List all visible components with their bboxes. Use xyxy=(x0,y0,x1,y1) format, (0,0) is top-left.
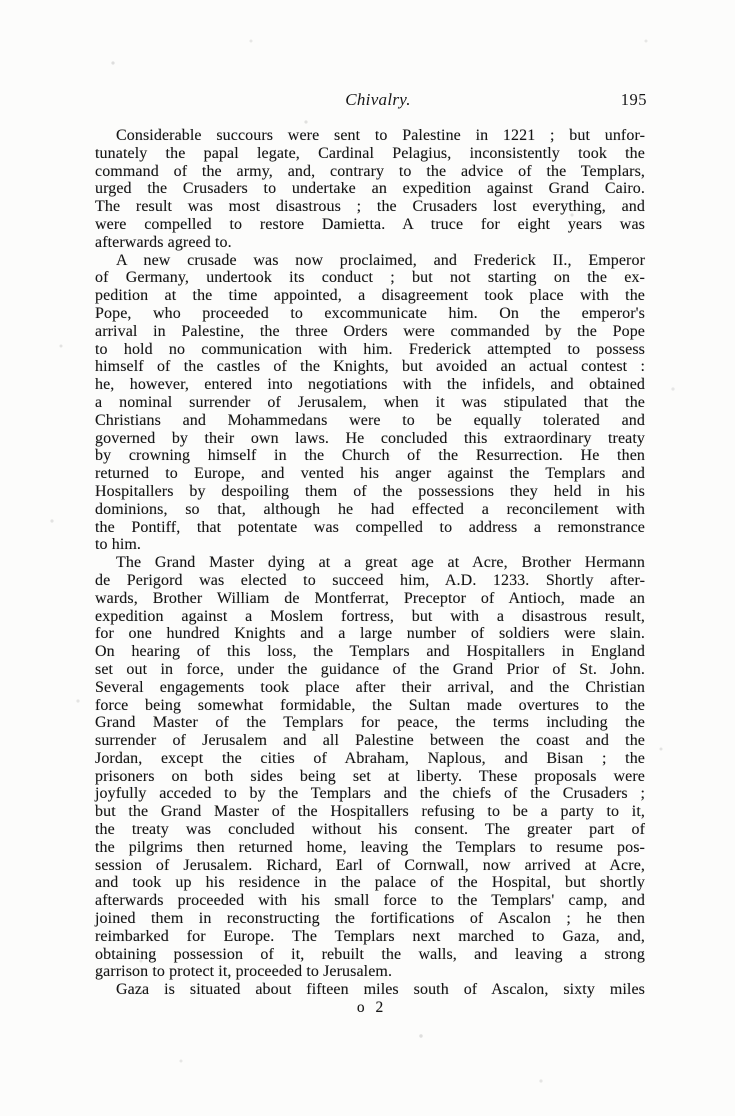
text-line: The Grand Master dying at a great age at… xyxy=(95,554,645,572)
text-line: the pilgrims then returned home, leaving… xyxy=(95,839,645,857)
text-line: Hospitallers by despoiling them of the p… xyxy=(95,483,645,501)
text-line: by crowning himself in the Church of the… xyxy=(95,447,645,465)
text-line: Pope, who proceeded to excommunicate him… xyxy=(95,305,645,323)
text-line: to hold no communication with him. Frede… xyxy=(95,341,645,359)
text-line: de Perigord was elected to succeed him, … xyxy=(95,572,645,590)
text-line: Christians and Mohammedans were to be eq… xyxy=(95,412,645,430)
scan-noise xyxy=(0,0,2,2)
text-line: command of the army, and, contrary to th… xyxy=(95,163,645,181)
text-line: afterwards proceeded with his small forc… xyxy=(95,892,645,910)
text-line: he, however, entered into negotiations w… xyxy=(95,376,645,394)
text-line: joined them in reconstructing the fortif… xyxy=(95,910,645,928)
page-header: Chivalry. 195 xyxy=(95,90,645,112)
text-line: were compelled to restore Damietta. A tr… xyxy=(95,216,645,234)
text-line: A new crusade was now proclaimed, and Fr… xyxy=(95,252,645,270)
text-line: force being somewhat formidable, the Sul… xyxy=(95,697,645,715)
text-line: Gaza is situated about fifteen miles sou… xyxy=(95,981,645,999)
text-line: the Pontiff, that potentate was compelle… xyxy=(95,519,645,537)
text-line: reimbarked for Europe. The Templars next… xyxy=(95,928,645,946)
text-line: returned to Europe, and vented his anger… xyxy=(95,465,645,483)
page-number: 195 xyxy=(621,90,647,110)
text-line: and took up his residence in the palace … xyxy=(95,874,645,892)
text-line: Jordan, except the cities of Abraham, Na… xyxy=(95,750,645,768)
text-line: pedition at the time appointed, a disagr… xyxy=(95,287,645,305)
text-line: but the Grand Master of the Hospitallers… xyxy=(95,803,645,821)
text-line: garrison to protect it, proceeded to Jer… xyxy=(95,963,645,981)
text-line: surrender of Jerusalem and all Palestine… xyxy=(95,732,645,750)
text-line: himself of the castles of the Knights, b… xyxy=(95,358,645,376)
text-line: Several engagements took place after the… xyxy=(95,679,645,697)
text-line: urged the Crusaders to undertake an expe… xyxy=(95,180,645,198)
text-line: obtaining possession of it, rebuilt the … xyxy=(95,946,645,964)
text-line: session of Jerusalem. Richard, Earl of C… xyxy=(95,857,645,875)
text-line: The result was most disastrous ; the Cru… xyxy=(95,198,645,216)
text-line: dominions, so that, although he had effe… xyxy=(95,501,645,519)
text-line: joyfully acceded to by the Templars and … xyxy=(95,785,645,803)
text-line: set out in force, under the guidance of … xyxy=(95,661,645,679)
text-line: Considerable succours were sent to Pales… xyxy=(95,127,645,145)
text-line: Grand Master of the Templars for peace, … xyxy=(95,714,645,732)
text-line: a nominal surrender of Jerusalem, when i… xyxy=(95,394,645,412)
text-line: wards, Brother William de Montferrat, Pr… xyxy=(95,590,645,608)
book-page: Chivalry. 195 Considerable succours were… xyxy=(0,0,735,1116)
signature-mark: o 2 xyxy=(95,999,645,1017)
text-line: tunately the papal legate, Cardinal Pela… xyxy=(95,145,645,163)
running-title: Chivalry. xyxy=(345,90,411,110)
text-line: governed by their own laws. He concluded… xyxy=(95,430,645,448)
text-line: the treaty was concluded without his con… xyxy=(95,821,645,839)
body-text: Considerable succours were sent to Pales… xyxy=(95,127,645,999)
text-line: prisoners on both sides being set at lib… xyxy=(95,768,645,786)
text-line: of Germany, undertook its conduct ; but … xyxy=(95,269,645,287)
text-line: expedition against a Moslem fortress, bu… xyxy=(95,608,645,626)
text-line: afterwards agreed to. xyxy=(95,234,645,252)
text-line: for one hundred Knights and a large numb… xyxy=(95,625,645,643)
text-line: to him. xyxy=(95,536,645,554)
text-line: On hearing of this loss, the Templars an… xyxy=(95,643,645,661)
text-line: arrival in Palestine, the three Orders w… xyxy=(95,323,645,341)
